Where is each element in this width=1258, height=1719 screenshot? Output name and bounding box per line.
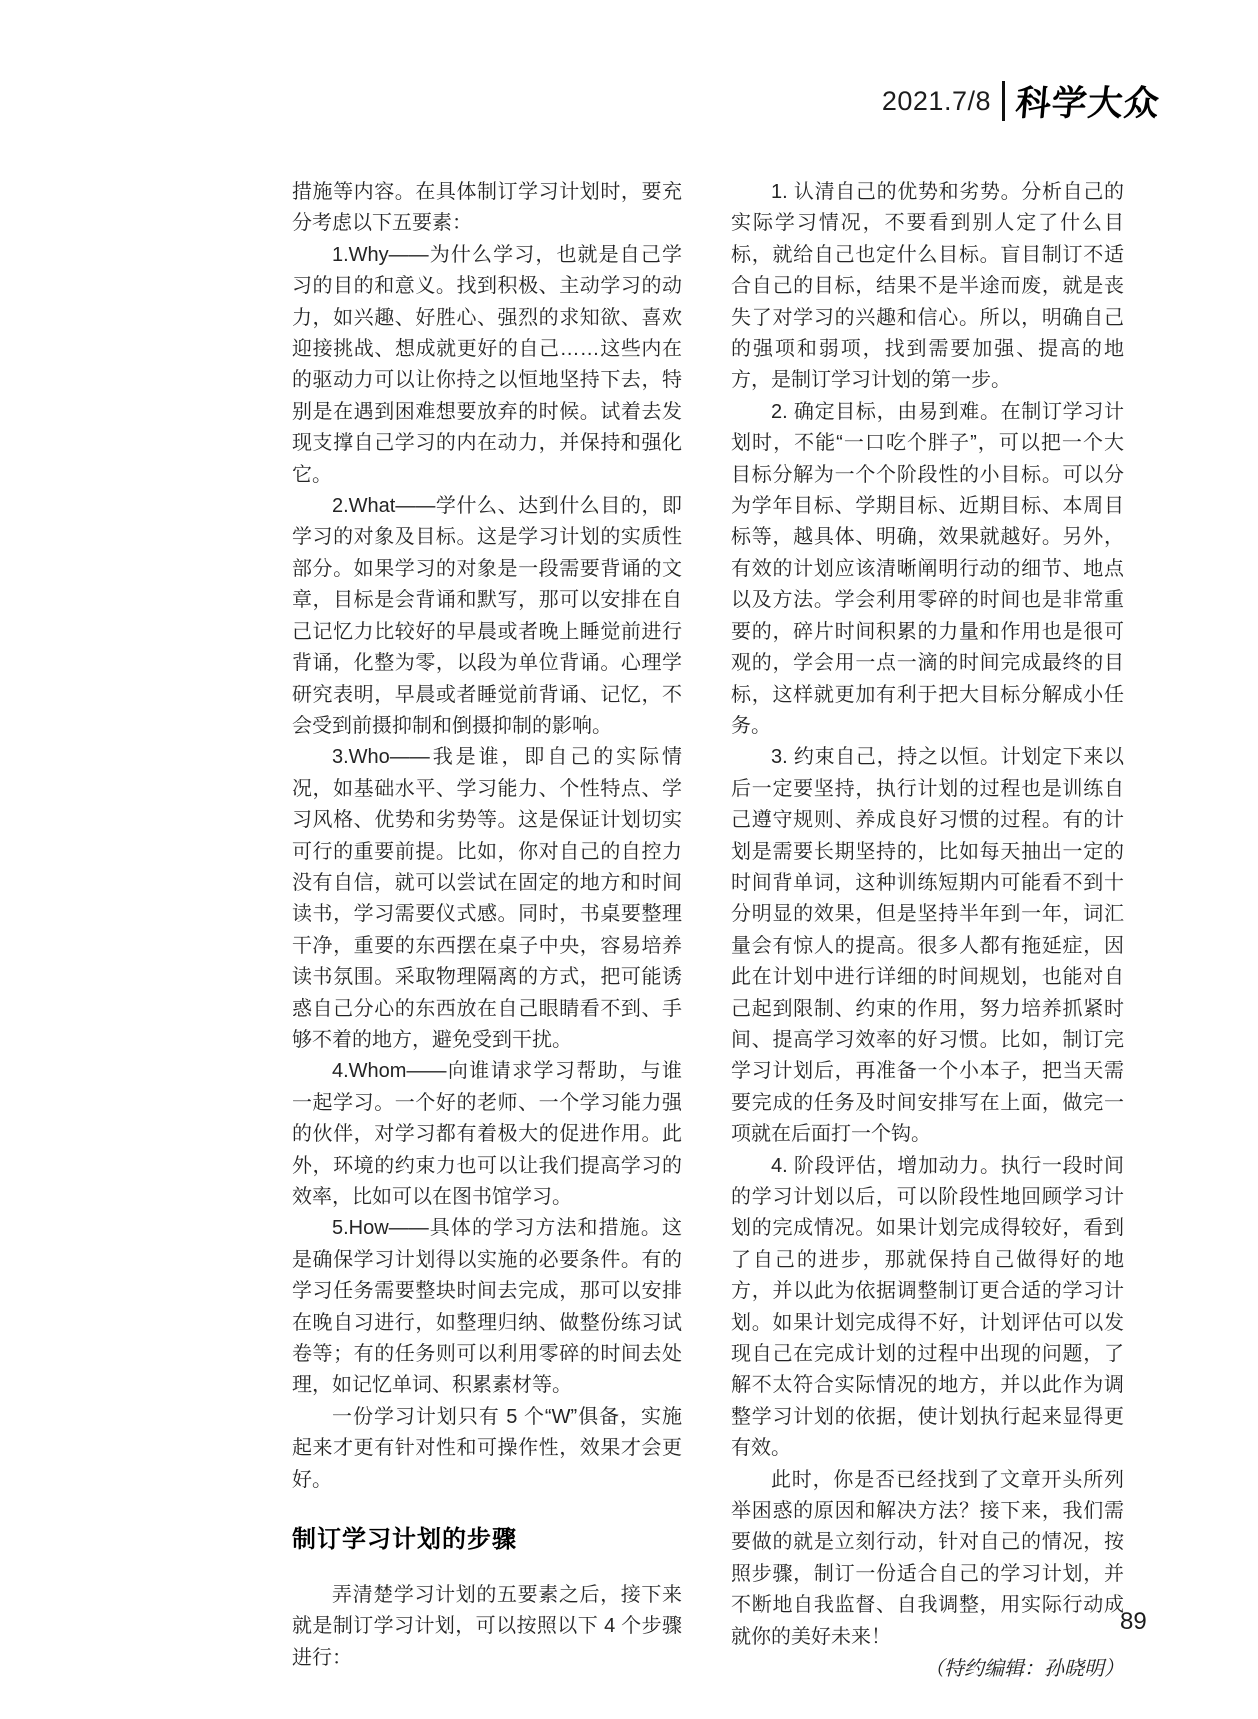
right-column: 1. 认清自己的优势和劣势。分析自己的实际学习情况，不要看到别人定了什么目标，就… bbox=[731, 177, 1124, 1685]
step-2-paragraph: 2. 确定目标，由易到难。在制订学习计划时，不能“一口吃个胖子”，可以把一个大目… bbox=[731, 397, 1124, 742]
section-intro-paragraph: 弄清楚学习计划的五要素之后，接下来就是制订学习计划，可以按照以下 4 个步骤进行… bbox=[292, 1580, 682, 1674]
element-what-paragraph: 2.What——学什么、达到什么目的，即学习的对象及目标。这是学习计划的实质性部… bbox=[292, 491, 682, 742]
step-3-paragraph: 3. 约束自己，持之以恒。计划定下来以后一定要坚持，执行计划的过程也是训练自己遵… bbox=[731, 742, 1124, 1150]
page-header: 2021.7/8 科学大众 bbox=[882, 76, 1160, 126]
header-divider bbox=[1002, 81, 1005, 121]
section-heading: 制订学习计划的步骤 bbox=[292, 1523, 682, 1557]
summary-paragraph: 一份学习计划只有 5 个“W”俱备，实施起来才更有针对性和可操作性，效果才会更好… bbox=[292, 1402, 682, 1496]
page-number: 89 bbox=[1120, 1608, 1147, 1636]
closing-paragraph: 此时，你是否已经找到了文章开头所列举困惑的原因和解决方法？接下来，我们需要做的就… bbox=[731, 1465, 1124, 1653]
editor-credit: （特约编辑：孙晓明） bbox=[731, 1653, 1124, 1684]
magazine-logo: 科学大众 bbox=[1014, 76, 1162, 126]
element-why-paragraph: 1.Why——为什么学习，也就是自己学习的目的和意义。找到积极、主动学习的动力，… bbox=[292, 240, 682, 491]
magazine-page: 2021.7/8 科学大众 措施等内容。在具体制订学习计划时，要充分考虑以下五要… bbox=[0, 0, 1258, 1719]
intro-paragraph: 措施等内容。在具体制订学习计划时，要充分考虑以下五要素： bbox=[292, 177, 682, 240]
step-4-paragraph: 4. 阶段评估，增加动力。执行一段时间的学习计划以后，可以阶段性地回顾学习计划的… bbox=[731, 1151, 1124, 1465]
left-column: 措施等内容。在具体制订学习计划时，要充分考虑以下五要素： 1.Why——为什么学… bbox=[292, 177, 682, 1674]
element-who-paragraph: 3.Who——我是谁，即自己的实际情况，如基础水平、学习能力、个性特点、学习风格… bbox=[292, 742, 682, 1056]
issue-date: 2021.7/8 bbox=[882, 86, 991, 117]
element-whom-paragraph: 4.Whom——向谁请求学习帮助，与谁一起学习。一个好的老师、一个学习能力强的伙… bbox=[292, 1056, 682, 1213]
element-how-paragraph: 5.How——具体的学习方法和措施。这是确保学习计划得以实施的必要条件。有的学习… bbox=[292, 1213, 682, 1401]
step-1-paragraph: 1. 认清自己的优势和劣势。分析自己的实际学习情况，不要看到别人定了什么目标，就… bbox=[731, 177, 1124, 397]
